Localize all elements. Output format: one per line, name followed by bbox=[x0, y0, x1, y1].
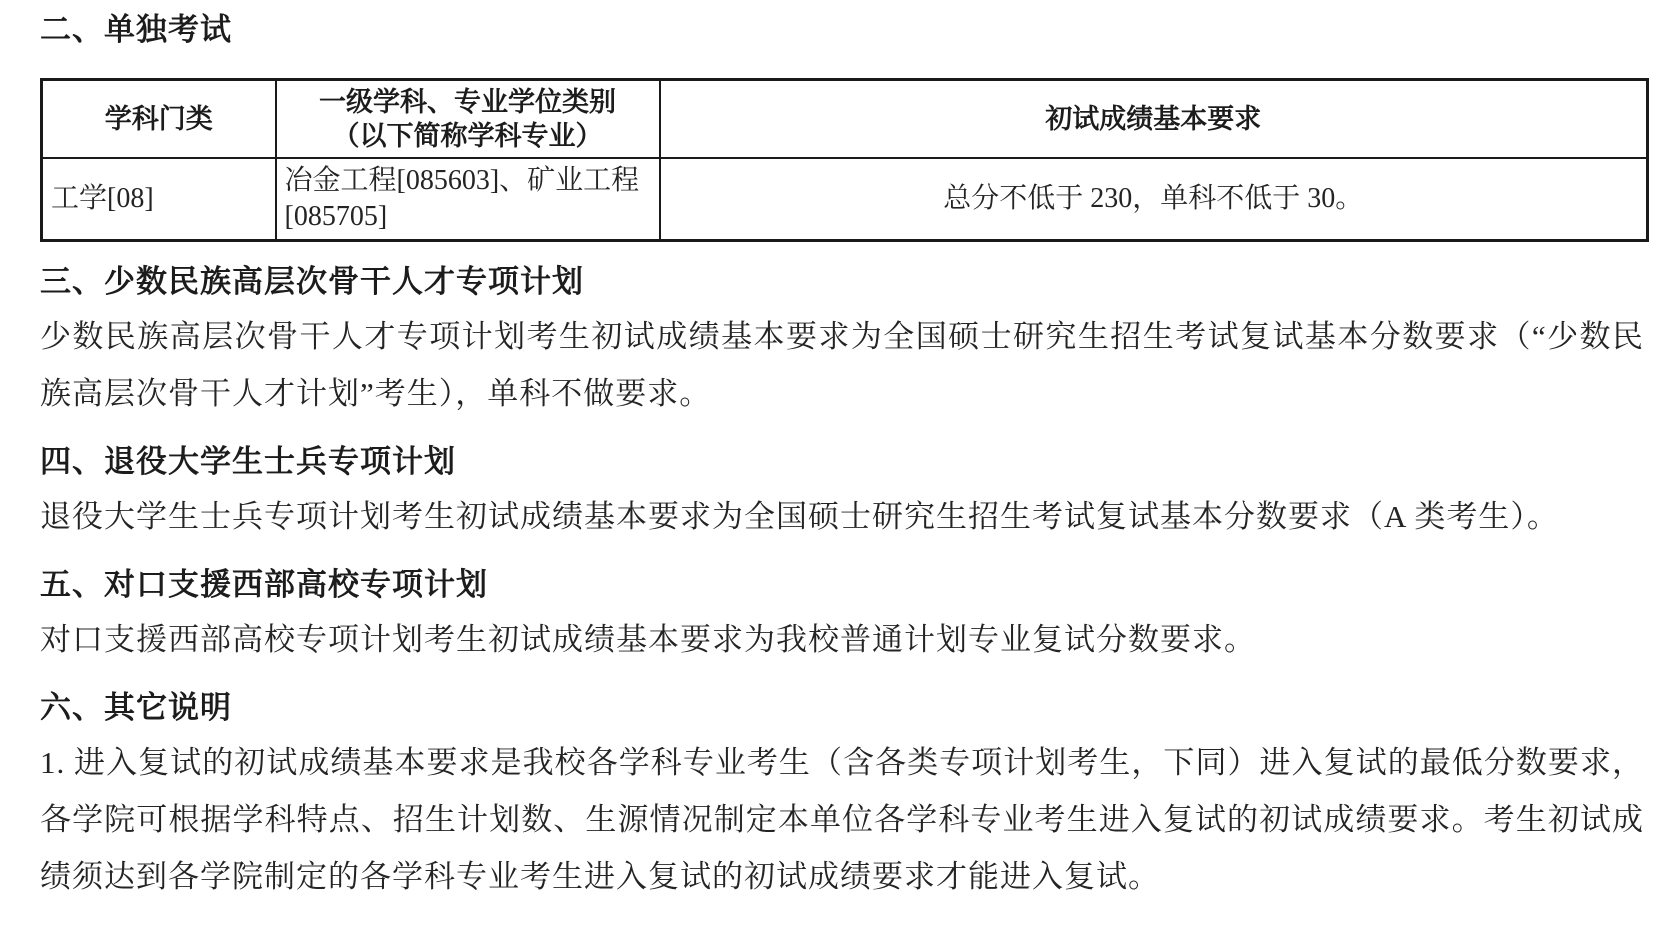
section-heading-west-support-program: 五、对口支援西部高校专项计划 bbox=[40, 565, 1644, 605]
document-page: 二、单独考试 学科门类 一级学科、专业学位类别 （以下简称学科专业） 初试成绩基… bbox=[0, 0, 1680, 932]
paragraph-veteran-program: 退役大学生士兵专项计划考生初试成绩基本要求为全国硕士研究生招生考试复试基本分数要… bbox=[40, 488, 1644, 545]
cell-score-requirement: 总分不低于 230，单科不低于 30。 bbox=[660, 158, 1648, 241]
table-header-row: 学科门类 一级学科、专业学位类别 （以下简称学科专业） 初试成绩基本要求 bbox=[42, 80, 1648, 159]
column-header-major-line1: 一级学科、专业学位类别 bbox=[319, 87, 616, 117]
column-header-major: 一级学科、专业学位类别 （以下简称学科专业） bbox=[276, 80, 660, 159]
cell-discipline-category: 工学[08] bbox=[42, 158, 276, 241]
section-heading-other-notes: 六、其它说明 bbox=[40, 688, 1644, 728]
section-heading-veteran-program: 四、退役大学生士兵专项计划 bbox=[40, 442, 1644, 482]
column-header-discipline-category: 学科门类 bbox=[42, 80, 276, 159]
paragraph-west-support-program: 对口支援西部高校专项计划考生初试成绩基本要求为我校普通计划专业复试分数要求。 bbox=[40, 611, 1644, 668]
table-row: 工学[08] 冶金工程[085603]、矿业工程[085705] 总分不低于 2… bbox=[42, 158, 1648, 241]
section-heading-separate-exam: 二、单独考试 bbox=[40, 10, 1644, 50]
cell-major: 冶金工程[085603]、矿业工程[085705] bbox=[276, 158, 660, 241]
column-header-score-requirement: 初试成绩基本要求 bbox=[660, 80, 1648, 159]
section-heading-minority-program: 三、少数民族高层次骨干人才专项计划 bbox=[40, 262, 1644, 302]
score-requirement-table: 学科门类 一级学科、专业学位类别 （以下简称学科专业） 初试成绩基本要求 工学[… bbox=[40, 78, 1649, 242]
paragraph-other-notes: 1. 进入复试的初试成绩基本要求是我校各学科专业考生（含各类专项计划考生，下同）… bbox=[40, 734, 1644, 905]
column-header-major-line2: （以下简称学科专业） bbox=[333, 121, 603, 151]
paragraph-minority-program: 少数民族高层次骨干人才专项计划考生初试成绩基本要求为全国硕士研究生招生考试复试基… bbox=[40, 308, 1644, 422]
